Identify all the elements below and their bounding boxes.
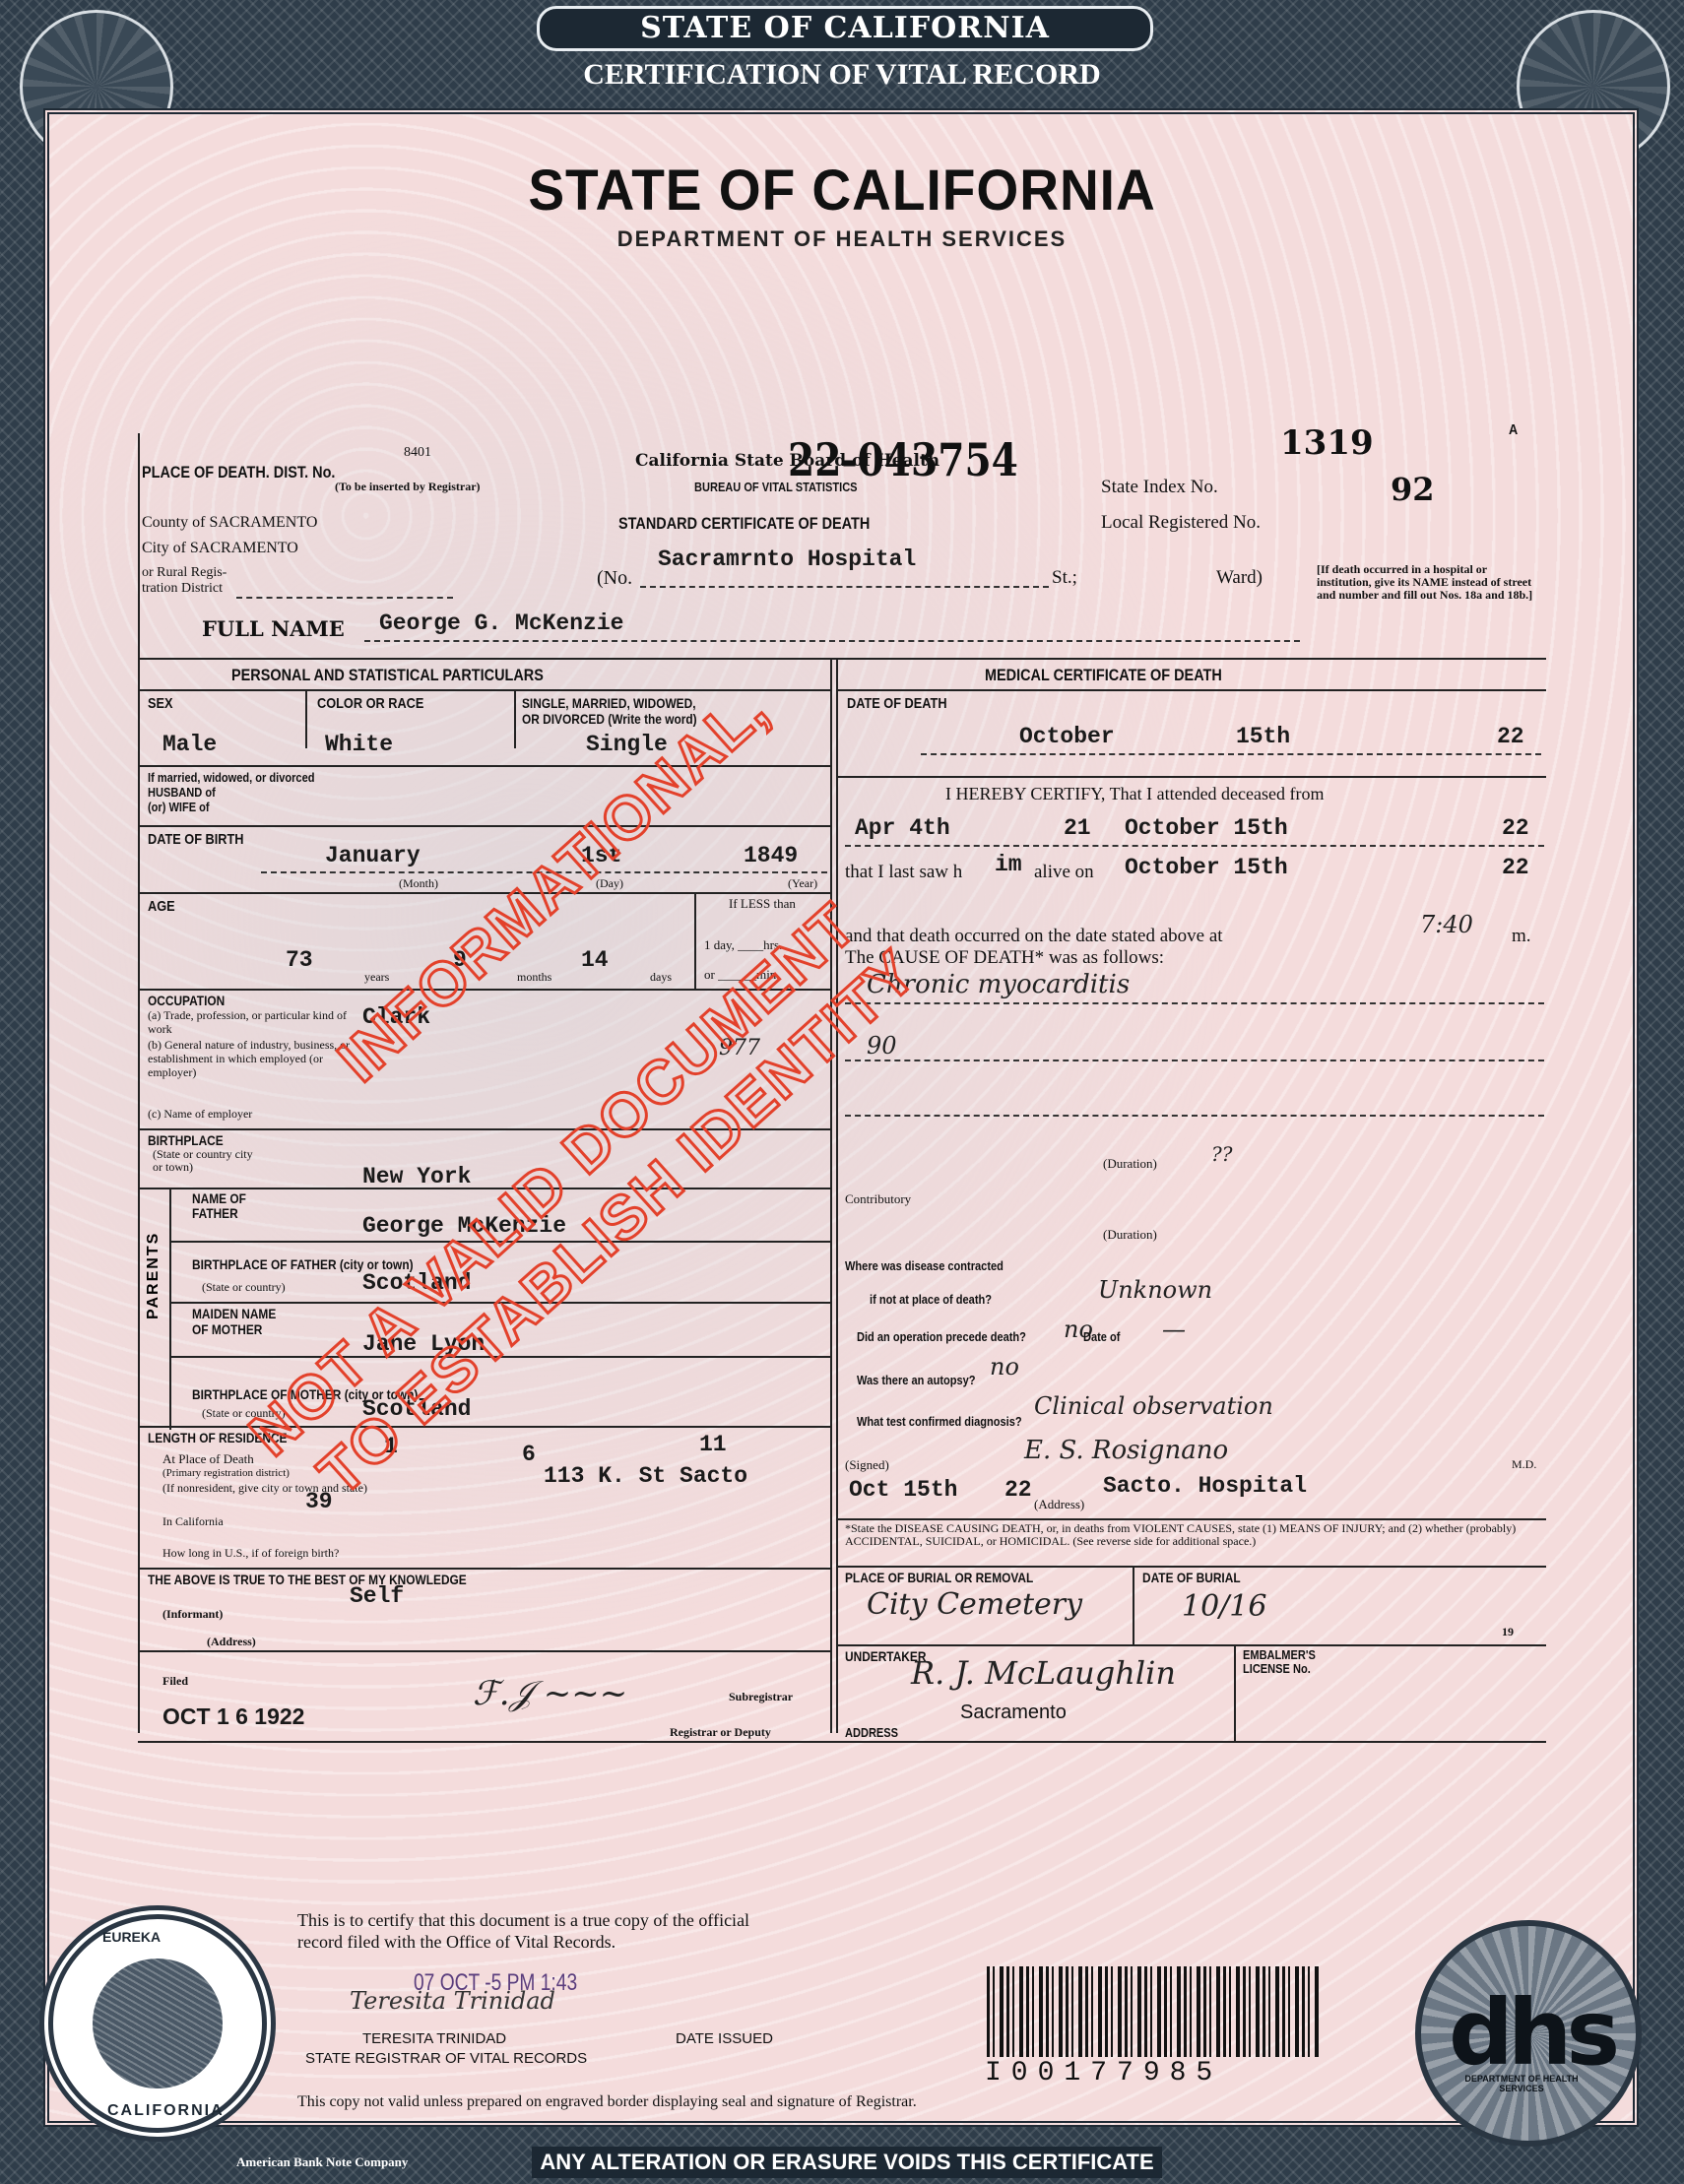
registrar-name: TERESITA TRINIDAD: [362, 2030, 506, 2047]
department-title: DEPARTMENT OF HEALTH SERVICES: [0, 226, 1684, 252]
place-of-death-label: PLACE OF DEATH. DIST. No.: [142, 463, 335, 482]
where-contracted-value: Unknown: [1098, 1276, 1212, 1304]
street-suffix: St.;: [1052, 567, 1077, 589]
certify-statement-2: record filed with the Office of Vital Re…: [297, 1932, 615, 1953]
registrar-title: STATE REGISTRAR OF VITAL RECORDS: [305, 2050, 587, 2067]
certificate-paper: [43, 108, 1639, 2127]
mother-name-label: MAIDEN NAME OF MOTHER: [192, 1306, 285, 1337]
banner-subtitle: CERTIFICATION OF VITAL RECORD: [551, 55, 1133, 95]
divider: [836, 776, 1546, 778]
county-label: County of SACRAMENTO: [142, 514, 317, 532]
seal-text-bottom: CALIFORNIA: [107, 2102, 225, 2120]
subregistrar-label: Subregistrar: [729, 1690, 793, 1704]
attended-from-year: 21: [1064, 815, 1091, 841]
undertaker-city: Sacramento: [960, 1702, 1067, 1724]
cause-line: [845, 1002, 1544, 1004]
birthplace-sub: (State or country city or town): [153, 1148, 261, 1174]
dod-month: October: [1019, 724, 1115, 749]
residence-place-label: At Place of Death: [162, 1451, 254, 1467]
duration-years-value: ??: [1211, 1142, 1232, 1166]
ward-suffix: Ward): [1216, 567, 1263, 589]
death-time-text: and that death occurred on the date stat…: [845, 926, 1223, 947]
dist-no-note: (To be inserted by Registrar): [335, 480, 481, 494]
dob-month: January: [325, 843, 421, 868]
registrar-signature: Teresita Trinidad: [350, 1987, 555, 2015]
last-saw-date: October 15th: [1125, 855, 1288, 880]
sex-label: SEX: [148, 695, 173, 712]
dob-year: 1849: [744, 843, 798, 868]
sex-value: Male: [162, 732, 217, 757]
form-center-divider: [830, 660, 832, 1733]
rural-label-1: or Rural Regis-: [142, 565, 227, 581]
duration-label: (Duration): [1103, 1156, 1157, 1172]
validity-note: This copy not valid unless prepared on e…: [297, 2093, 917, 2111]
signed-value: E. S. Rosignano: [1024, 1436, 1228, 1465]
divider: [138, 1568, 830, 1570]
months-word: months: [517, 970, 551, 985]
foreign-label: How long in U.S., if of foreign birth?: [162, 1546, 339, 1561]
dod-line: [921, 753, 1541, 755]
dhs-logo-text: dhs: [1449, 1980, 1614, 2086]
great-seal-of-california: EUREKA CALIFORNIA: [39, 1905, 276, 2142]
divider: [694, 892, 696, 991]
bottom-warning: ANY ALTERATION OR ERASURE VOIDS THIS CER…: [532, 2147, 1162, 2178]
certify-statement-1: This is to certify that this document is…: [297, 1910, 749, 1931]
year-caption: (Year): [788, 876, 817, 891]
filed-label: Filed: [162, 1674, 188, 1689]
md-label: M.D.: [1512, 1457, 1536, 1472]
last-saw-text: that I last saw h: [845, 862, 962, 883]
signed-year: 22: [1004, 1477, 1032, 1503]
full-name-label: FULL NAME: [202, 616, 345, 641]
barcode-number: I00177985: [985, 2058, 1222, 2088]
age-years: 73: [286, 947, 313, 973]
contributory-label: Contributory: [845, 1191, 911, 1207]
form-center-divider-2: [836, 660, 838, 1733]
burial-place-label: PLACE OF BURIAL OR REMOVAL: [845, 1570, 1033, 1585]
form-left-border: [138, 433, 140, 1733]
printer-credit: American Bank Note Company: [236, 2154, 408, 2170]
registrar-label: Registrar or Deputy: [670, 1725, 771, 1740]
dod-label: DATE OF DEATH: [847, 695, 947, 712]
residence-address: 113 K. St Sacto: [544, 1463, 747, 1489]
primary-reg-label: (Primary registration district): [162, 1467, 290, 1479]
burial-date-label: DATE OF BURIAL: [1142, 1570, 1241, 1585]
subregistrar-signature: ℱ.𝒥 ~~~: [473, 1674, 627, 1713]
signed-label: (Signed): [845, 1457, 889, 1473]
autopsy-label: Was there an autopsy?: [857, 1373, 976, 1387]
father-name-label: NAME OF FATHER: [192, 1191, 268, 1221]
spouse-label-2: HUSBAND of: [148, 785, 216, 800]
full-name-value: George G. McKenzie: [379, 610, 623, 636]
hospital-note: [If death occurred in a hospital or inst…: [1317, 563, 1538, 602]
cause-footnote: *State the DISEASE CAUSING DEATH, or, in…: [845, 1522, 1544, 1548]
divider: [138, 1188, 830, 1189]
attended-to: October 15th: [1125, 815, 1288, 841]
informant-heading: THE ABOVE IS TRUE TO THE BEST OF MY KNOW…: [148, 1572, 467, 1587]
address-footer-label: ADDRESS: [845, 1725, 898, 1740]
local-registered-value: 92: [1391, 471, 1435, 508]
birthplace-value: New York: [362, 1164, 471, 1189]
father-birthplace-sub: (State or country): [202, 1280, 286, 1295]
occupation-a: (a) Trade, profession, or particular kin…: [148, 1008, 364, 1036]
dhs-logo-seal: dhs DEPARTMENT OF HEALTH SERVICES: [1415, 1920, 1642, 2147]
barcode: [987, 1966, 1322, 2057]
divider: [836, 1644, 1546, 1646]
divider: [1133, 1566, 1134, 1644]
years-word: years: [364, 970, 389, 985]
parents-divider: [169, 1188, 171, 1430]
less-than-label: If LESS than: [729, 896, 796, 912]
burial-date-value: 10/16: [1182, 1589, 1266, 1624]
page-title: STATE OF CALIFORNIA: [42, 158, 1643, 224]
attended-from: Apr 4th: [855, 815, 950, 841]
where-contracted-label: Where was disease contracted: [845, 1258, 1004, 1273]
days-word: days: [650, 970, 672, 985]
full-name-line: [364, 640, 1300, 642]
date-of-value: —: [1162, 1316, 1186, 1343]
street-line: [640, 586, 1049, 588]
medical-address-value: Sacto. Hospital: [1103, 1473, 1307, 1499]
rural-line: [236, 597, 453, 599]
occupation-label: OCCUPATION: [148, 993, 225, 1008]
certificate-title: STANDARD CERTIFICATE OF DEATH: [618, 514, 870, 534]
attended-line: [845, 845, 1544, 847]
certify-text: I HEREBY CERTIFY, That I attended deceas…: [945, 784, 1325, 804]
informant-value: Self: [350, 1583, 404, 1609]
divider: [836, 689, 1546, 691]
divider: [138, 1650, 830, 1652]
embalmer-label: EMBALMER'S LICENSE No.: [1243, 1648, 1335, 1676]
seal-emblem: [93, 1959, 223, 2088]
divider: [138, 1426, 830, 1428]
last-saw-pronoun: im: [995, 852, 1022, 877]
in-california-years: 39: [305, 1489, 333, 1514]
rural-label-2: tration District: [142, 581, 223, 597]
duration-label-2: (Duration): [1103, 1227, 1157, 1243]
test-value: Clinical observation: [1034, 1392, 1273, 1420]
state-index-value: 1319: [1280, 423, 1374, 463]
dhs-caption: DEPARTMENT OF HEALTH SERVICES: [1462, 2074, 1581, 2093]
informant-label: (Informant): [162, 1607, 223, 1622]
death-time-value: 7:40: [1420, 911, 1473, 938]
alive-on-text: alive on: [1034, 862, 1094, 883]
residence-days: 11: [699, 1432, 727, 1457]
dod-year: 22: [1497, 724, 1524, 749]
divider: [836, 1566, 1546, 1568]
personal-section-title: PERSONAL AND STATISTICAL PARTICULARS: [231, 666, 544, 685]
month-caption: (Month): [399, 876, 438, 891]
cause-line-2: [845, 1060, 1544, 1061]
last-saw-year: 22: [1502, 855, 1529, 880]
spouse-label-1: If married, widowed, or divorced: [148, 770, 314, 785]
race-label: COLOR OR RACE: [317, 695, 423, 712]
banner-title: STATE OF CALIFORNIA: [537, 6, 1153, 51]
divider: [138, 658, 1546, 660]
informant-address-label: (Address): [207, 1635, 256, 1649]
state-index-extra: A: [1509, 421, 1518, 438]
city-label: City of SACRAMENTO: [142, 540, 298, 557]
divider: [138, 825, 830, 827]
medical-section-title: MEDICAL CERTIFICATE OF DEATH: [985, 666, 1222, 685]
not-at-place-label: if not at place of death?: [870, 1292, 992, 1307]
autopsy-value: no: [990, 1353, 1019, 1381]
burial-19: 19: [1502, 1625, 1514, 1639]
divider: [514, 691, 516, 748]
spouse-label-3: (or) WIFE of: [148, 800, 210, 814]
filed-value: OCT 1 6 1922: [162, 1703, 304, 1730]
certificate-number: 22-043754: [788, 433, 1018, 486]
cause-line-3: [845, 1115, 1544, 1117]
date-issued-label: DATE ISSUED: [676, 2030, 773, 2047]
medical-address-label: (Address): [1034, 1497, 1084, 1512]
state-index-label: State Index No.: [1101, 477, 1218, 498]
divider: [305, 691, 307, 748]
attended-to-year: 22: [1502, 815, 1529, 841]
dist-no-value: 8401: [404, 445, 431, 461]
street-value: Sacramrnto Hospital: [658, 546, 916, 572]
signed-date: Oct 15th: [849, 1477, 957, 1503]
parents-label: PARENTS: [145, 1232, 162, 1319]
street-prefix: (No.: [597, 567, 632, 590]
operation-label: Did an operation precede death?: [857, 1329, 1026, 1344]
occupation-c: (c) Name of employer: [148, 1107, 252, 1122]
test-label: What test confirmed diagnosis?: [857, 1414, 1022, 1429]
residence-months: 6: [522, 1442, 536, 1467]
local-registered-label: Local Registered No.: [1101, 512, 1261, 534]
divider: [138, 892, 830, 894]
seal-motto: EUREKA: [102, 1929, 161, 1945]
death-time-suffix: m.: [1512, 926, 1531, 947]
divider: [1234, 1644, 1236, 1741]
dod-day: 15th: [1236, 724, 1290, 749]
race-value: White: [325, 732, 393, 757]
form-bottom-border: [138, 1741, 1546, 1743]
age-days: 14: [581, 947, 609, 973]
birthplace-label: BIRTHPLACE: [148, 1132, 224, 1148]
marital-label-1: SINGLE, MARRIED, WIDOWED,: [522, 695, 696, 711]
dob-label: DATE OF BIRTH: [148, 831, 244, 848]
in-california-label: In California: [162, 1514, 224, 1529]
date-of-label: Date of: [1083, 1329, 1120, 1344]
marital-label-2: OR DIVORCED (Write the word): [522, 711, 697, 727]
divider: [836, 1518, 1546, 1520]
undertaker-value: R. J. McLaughlin: [911, 1654, 1176, 1692]
burial-place-value: City Cemetery: [867, 1587, 1082, 1622]
age-label: AGE: [148, 898, 175, 915]
